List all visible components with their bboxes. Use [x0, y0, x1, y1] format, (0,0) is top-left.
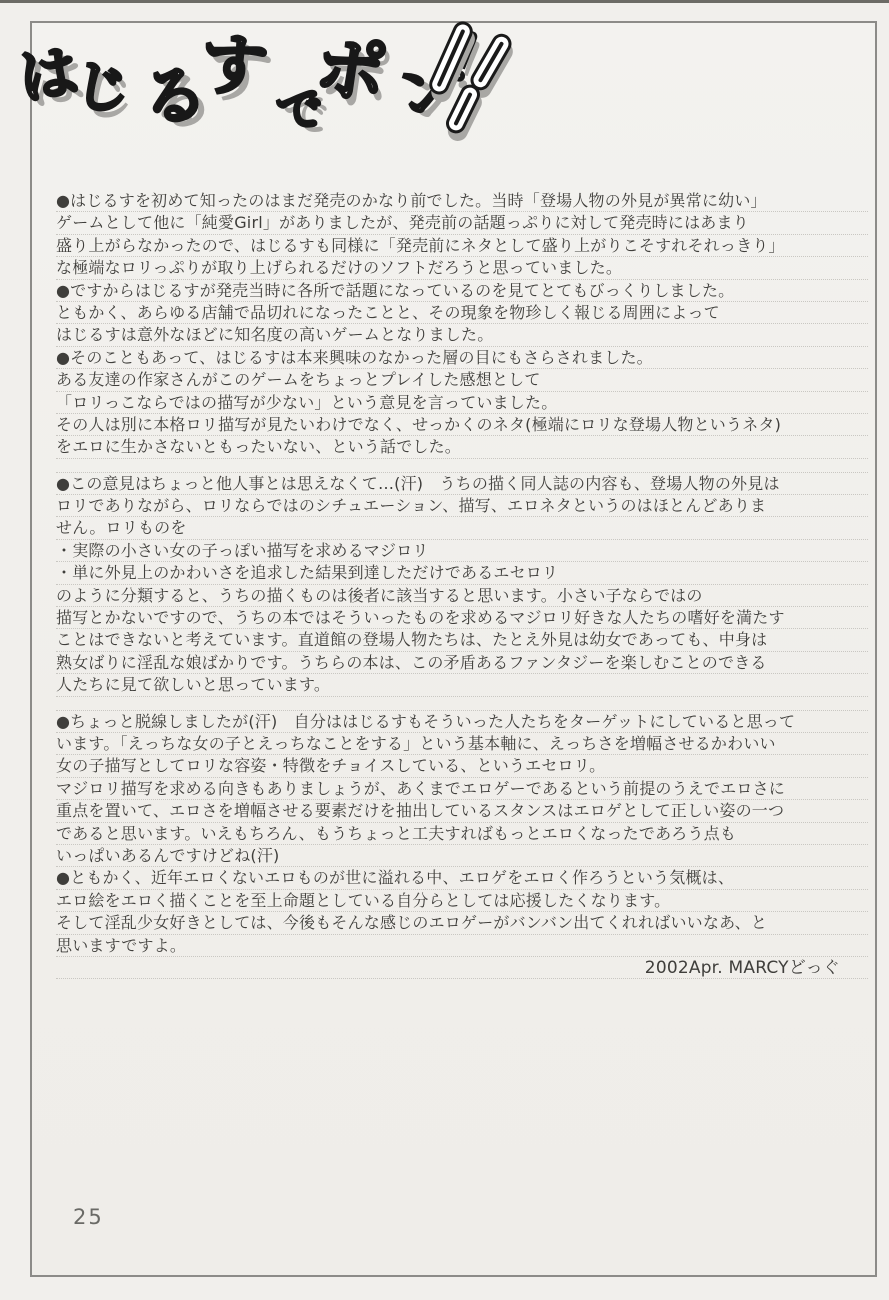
- text-line: ●ですからはじるすが発売当時に各所で話題になっているのを見てとてもびっくりしまし…: [56, 280, 868, 302]
- line-text: せん。ロリものを: [56, 518, 187, 537]
- line-text: な極端なロリっぷりが取り上げられるだけのソフトだろうと思っていました。: [56, 258, 622, 277]
- line-text: ・実際の小さい女の子っぽい描写を求めるマジロリ: [56, 541, 429, 560]
- emphasis-strokes-icon: [426, 20, 536, 140]
- text-line: ●この意見はちょっと他人事とは思えなくて…(汗) うちの描く同人誌の内容も、登場…: [56, 473, 868, 495]
- line-text: をエロに生かさないともったいない、という話でした。: [56, 437, 461, 456]
- emphasis-stroke: [430, 22, 472, 93]
- line-text: であると思います。いえもちろん、もうちょっと工夫すればもっとエロくなったであろう…: [56, 824, 736, 843]
- text-line: 思いますですよ。: [56, 935, 868, 957]
- text-line: であると思います。いえもちろん、もうちょっと工夫すればもっとエロくなったであろう…: [56, 823, 868, 845]
- scan-edge-artifact: [0, 0, 889, 3]
- line-text: 女の子描写としてロリな容姿・特徴をチョイスしている、というエセロリ。: [56, 756, 605, 775]
- line-text: ともかく、あらゆる店舗で品切れになったことと、その現象を物珍しく報じる周囲によっ…: [56, 303, 720, 322]
- text-line: 盛り上がらなかったので、はじるすも同様に「発売前にネタとして盛り上がりこそすれそ…: [56, 235, 868, 257]
- text-line: ・単に外見上のかわいさを追求した結果到達しただけであるエセロリ: [56, 562, 868, 584]
- text-line: のように分類すると、うちの描くものは後者に該当すると思います。小さい子ならではの: [56, 585, 868, 607]
- text-line: ・実際の小さい女の子っぽい描写を求めるマジロリ: [56, 540, 868, 562]
- text-line: をエロに生かさないともったいない、という話でした。: [56, 436, 868, 458]
- line-text: ●ですからはじるすが発売当時に各所で話題になっているのを見てとてもびっくりしまし…: [56, 281, 734, 300]
- text-line: います。「えっちな女の子とえっちなことをする」という基本軸に、えっちさを増幅させ…: [56, 733, 868, 755]
- logo-title: はじるすでポン！: [18, 22, 518, 182]
- text-line: 女の子描写としてロリな容姿・特徴をチョイスしている、というエセロリ。: [56, 755, 868, 777]
- text-line: ●ともかく、近年エロくないエロものが世に溢れる中、エロゲをエロく作ろうという気概…: [56, 867, 868, 889]
- line-text: はじるすは意外なほどに知名度の高いゲームとなりました。: [56, 325, 493, 344]
- emphasis-stroke: [471, 34, 511, 89]
- line-text: ことはできないと考えています。直道館の登場人物たちは、たとえ外見は幼女であっても…: [56, 630, 767, 649]
- logo-char: す: [197, 30, 271, 104]
- text-line: ●そのこともあって、はじるすは本来興味のなかった層の目にもさらされました。: [56, 347, 868, 369]
- logo-char: は: [16, 43, 81, 108]
- ruled-blank-line: [56, 697, 868, 711]
- line-text: 思いますですよ。: [56, 936, 186, 955]
- text-line: ともかく、あらゆる店舗で品切れになったことと、その現象を物珍しく報じる周囲によっ…: [56, 302, 868, 324]
- text-line: はじるすは意外なほどに知名度の高いゲームとなりました。: [56, 324, 868, 346]
- text-line: マジロリ描写を求める向きもありましょうが、あくまでエロゲーであるという前提のうえ…: [56, 778, 868, 800]
- text-line: いっぱいあるんですけどね(汗): [56, 845, 868, 867]
- line-text: います。「えっちな女の子とえっちなことをする」という基本軸に、えっちさを増幅させ…: [56, 734, 776, 753]
- line-text: 描写とかないですので、うちの本ではそういったものを求めるマジロリ好きな人たちの嗜…: [56, 608, 785, 627]
- line-text: 盛り上がらなかったので、はじるすも同様に「発売前にネタとして盛り上がりこそすれそ…: [56, 236, 785, 255]
- text-line: ●はじるすを初めて知ったのはまだ発売のかなり前でした。当時「登場人物の外見が異常…: [56, 190, 868, 212]
- logo-char: じ: [72, 58, 133, 119]
- text-lines: ●はじるすを初めて知ったのはまだ発売のかなり前でした。当時「登場人物の外見が異常…: [56, 190, 868, 957]
- emphasis-stroke: [447, 85, 480, 132]
- line-text: いっぱいあるんですけどね(汗): [56, 846, 280, 865]
- line-text: のように分類すると、うちの描くものは後者に該当すると思います。小さい子ならではの: [56, 586, 703, 605]
- text-line: ことはできないと考えています。直道館の登場人物たちは、たとえ外見は幼女であっても…: [56, 629, 868, 651]
- line-text: 「ロリっこならではの描写が少ない」という意見を言っていました。: [56, 393, 557, 412]
- line-text: ・単に外見上のかわいさを追求した結果到達しただけであるエセロリ: [56, 563, 558, 582]
- text-line: ゲームとして他に「純愛Girl」がありましたが、発売前の話題っぷりに対して発売時…: [56, 212, 868, 234]
- line-text: 熟女ばりに淫乱な娘ばかりです。うちらの本は、この矛盾あるファンタジーを楽しむこと…: [56, 653, 767, 672]
- text-line: ロリでありながら、ロリならではのシチュエーション、描写、エロネタというのはほとん…: [56, 495, 868, 517]
- afterword-text-block: ●はじるすを初めて知ったのはまだ発売のかなり前でした。当時「登場人物の外見が異常…: [56, 190, 868, 979]
- logo-char: ポ: [311, 31, 391, 111]
- line-text: マジロリ描写を求める向きもありましょうが、あくまでエロゲーであるという前提のうえ…: [56, 779, 785, 798]
- line-text: そして淫乱少女好きとしては、今後もそんな感じのエロゲーがバンバン出てくれればいい…: [56, 913, 767, 932]
- text-line: 描写とかないですので、うちの本ではそういったものを求めるマジロリ好きな人たちの嗜…: [56, 607, 868, 629]
- text-line: せん。ロリものを: [56, 517, 868, 539]
- line-text: ●ちょっと脱線しましたが(汗) 自分ははじるすもそういった人たちをターゲットにし…: [56, 712, 795, 731]
- text-line: 人たちに見て欲しいと思っています。: [56, 674, 868, 696]
- text-line: ある友達の作家さんがこのゲームをちょっとプレイした感想として: [56, 369, 868, 391]
- signature-line: 2002Apr. MARCYどっぐ: [56, 957, 868, 979]
- line-text: その人は別に本格ロリ描写が見たいわけでなく、せっかくのネタ(極端にロリな登場人物…: [56, 415, 781, 434]
- text-line: 「ロリっこならではの描写が少ない」という意見を言っていました。: [56, 392, 868, 414]
- line-text: 人たちに見て欲しいと思っています。: [56, 675, 330, 694]
- line-text: ある友達の作家さんがこのゲームをちょっとプレイした感想として: [56, 370, 541, 389]
- text-line: エロ絵をエロく描くことを至上命題としている自分らとしては応援したくなります。: [56, 890, 868, 912]
- text-line: その人は別に本格ロリ描写が見たいわけでなく、せっかくのネタ(極端にロリな登場人物…: [56, 414, 868, 436]
- signature-text: 2002Apr. MARCYどっぐ: [645, 958, 840, 978]
- text-line: 重点を置いて、エロさを増幅させる要素だけを抽出しているスタンスはエロゲとして正し…: [56, 800, 868, 822]
- line-text: ●ともかく、近年エロくないエロものが世に溢れる中、エロゲをエロく作ろうという気概…: [56, 868, 734, 887]
- text-line: 熟女ばりに淫乱な娘ばかりです。うちらの本は、この矛盾あるファンタジーを楽しむこと…: [56, 652, 868, 674]
- line-text: ●そのこともあって、はじるすは本来興味のなかった層の目にもさらされました。: [56, 348, 653, 367]
- ruled-blank-line: [56, 459, 868, 473]
- page-number: 25: [73, 1205, 104, 1229]
- line-text: ゲームとして他に「純愛Girl」がありましたが、発売前の話題っぷりに対して発売時…: [56, 213, 749, 232]
- line-text: ロリでありながら、ロリならではのシチュエーション、描写、エロネタというのはほとん…: [56, 496, 766, 515]
- text-line: ●ちょっと脱線しましたが(汗) 自分ははじるすもそういった人たちをターゲットにし…: [56, 711, 868, 733]
- line-text: エロ絵をエロく描くことを至上命題としている自分らとしては応援したくなります。: [56, 891, 670, 910]
- line-text: ●この意見はちょっと他人事とは思えなくて…(汗) うちの描く同人誌の内容も、登場…: [56, 474, 780, 493]
- text-line: そして淫乱少女好きとしては、今後もそんな感じのエロゲーがバンバン出てくれればいい…: [56, 912, 868, 934]
- line-text: ●はじるすを初めて知ったのはまだ発売のかなり前でした。当時「登場人物の外見が異常…: [56, 191, 767, 210]
- line-text: 重点を置いて、エロさを増幅させる要素だけを抽出しているスタンスはエロゲとして正し…: [56, 801, 784, 820]
- text-line: な極端なロリっぷりが取り上げられるだけのソフトだろうと思っていました。: [56, 257, 868, 279]
